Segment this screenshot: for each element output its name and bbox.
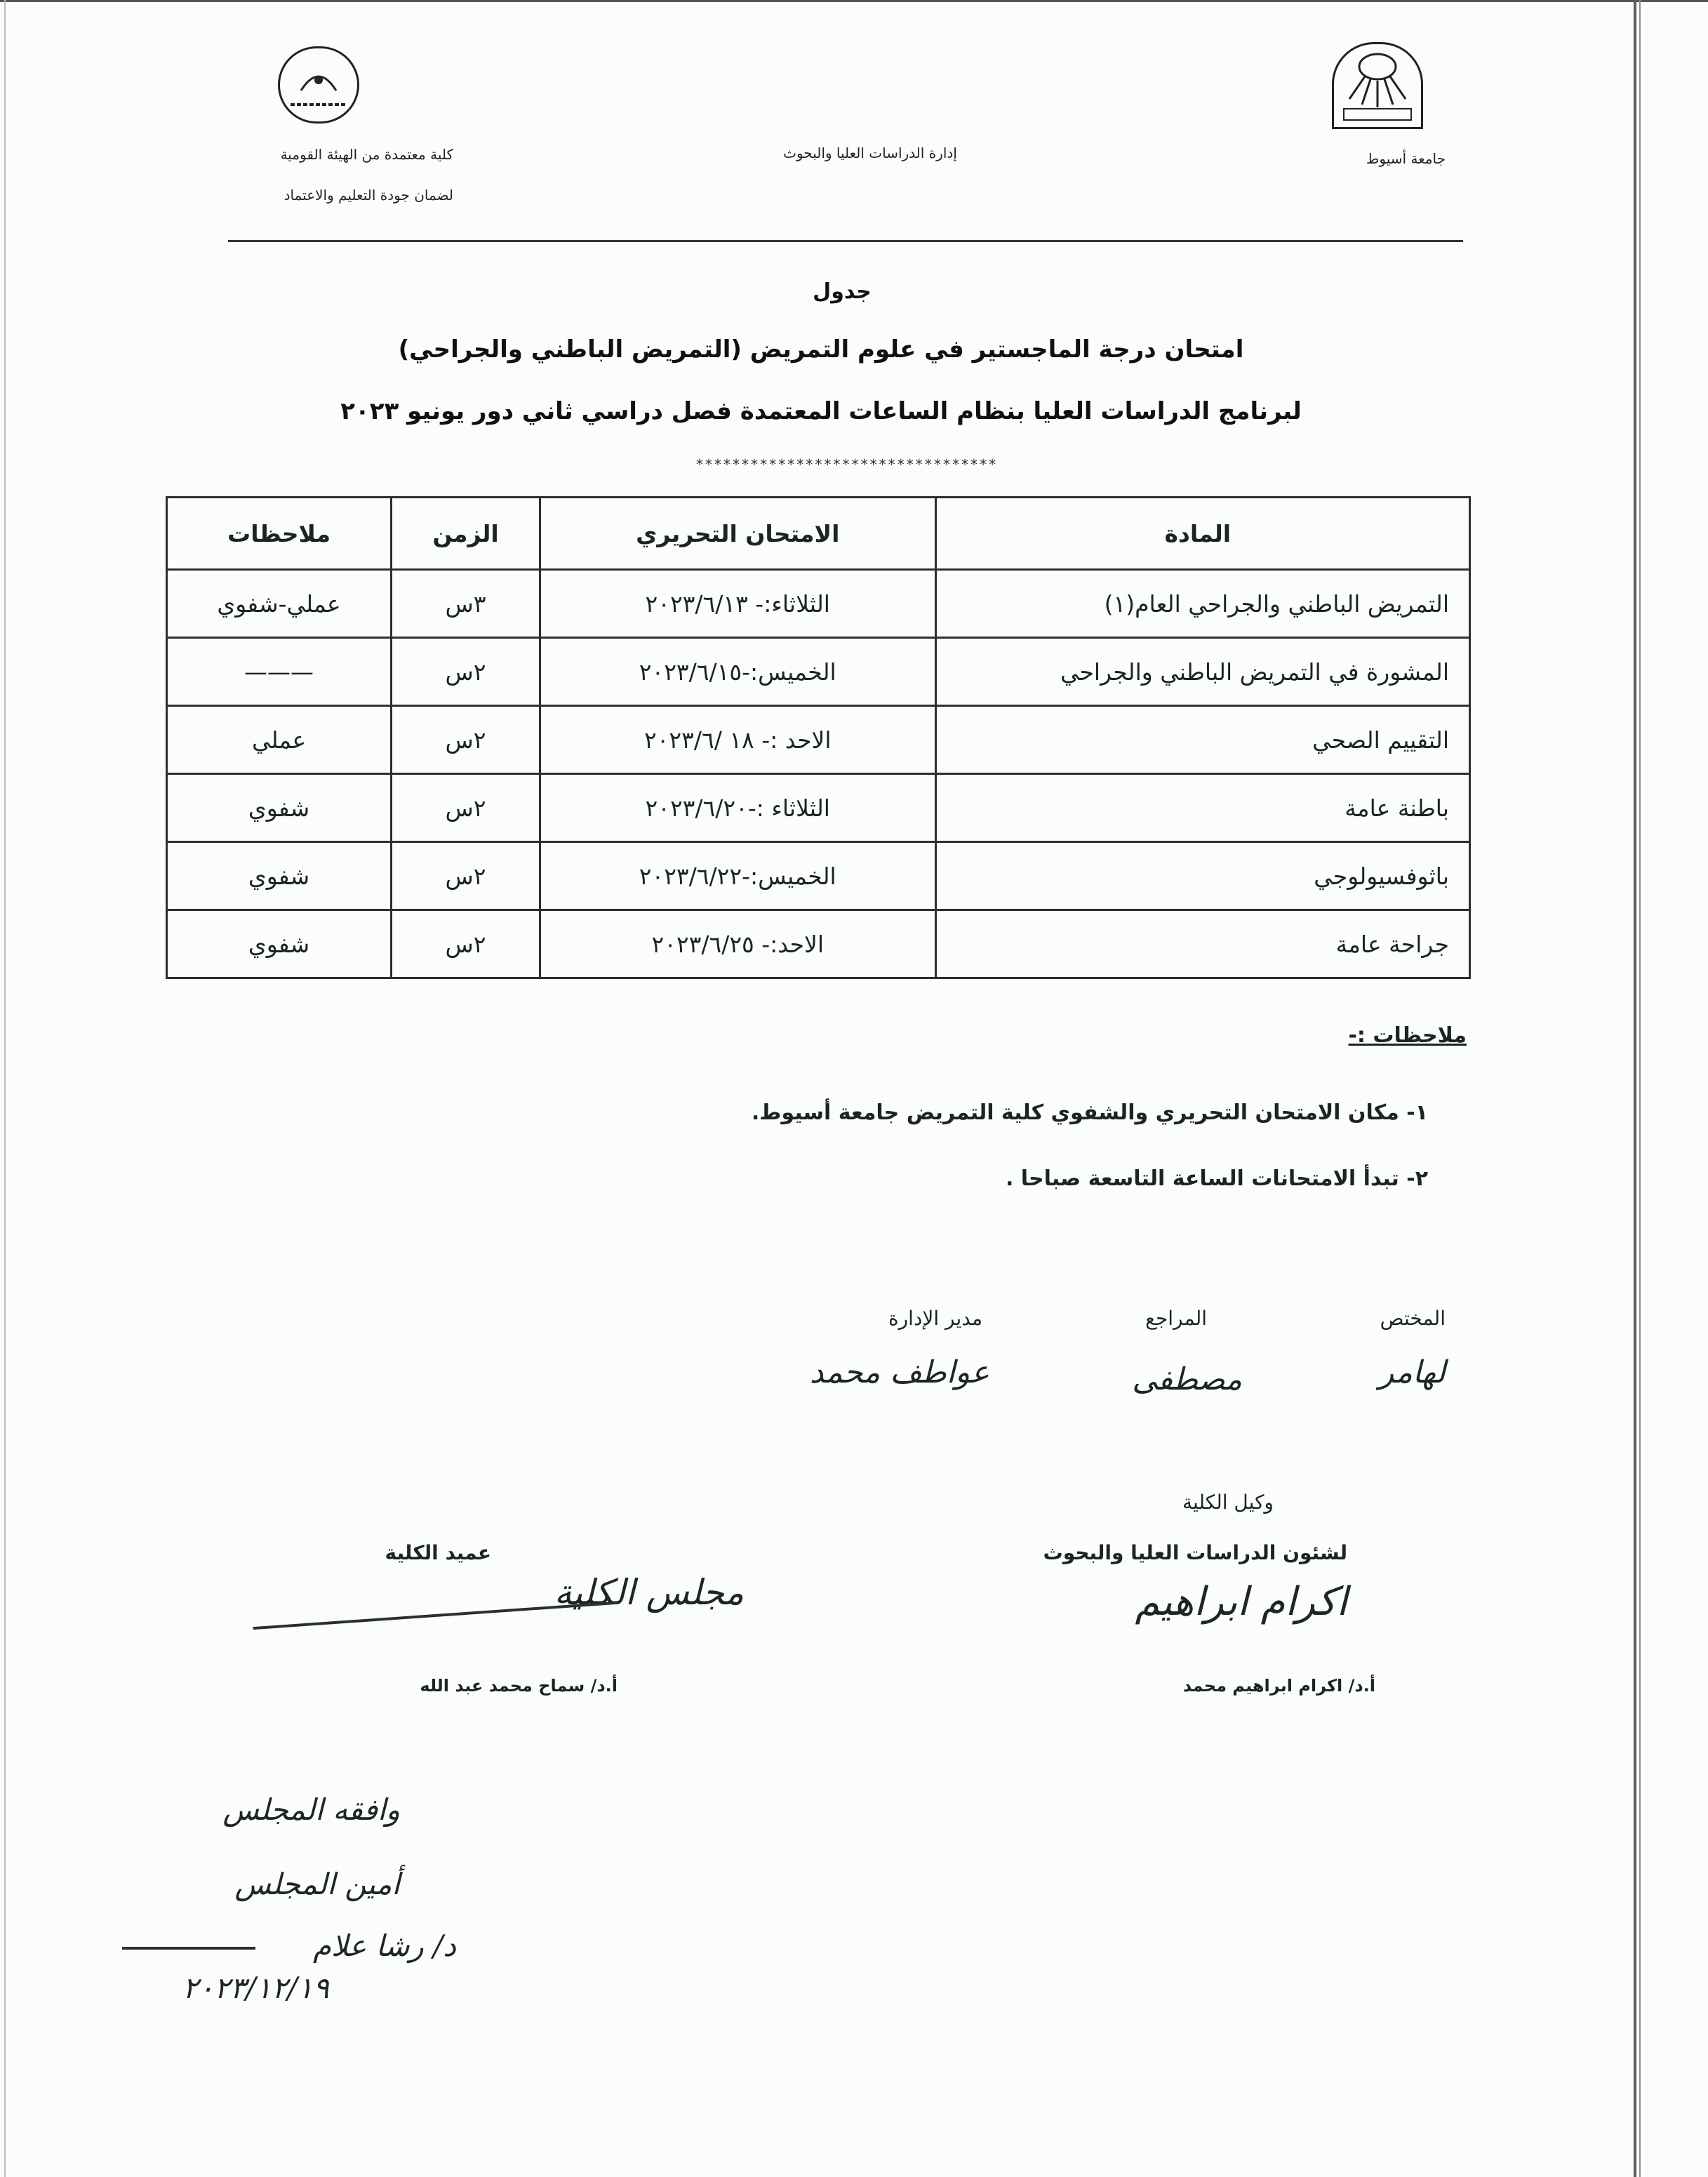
faculty-emblem-icon	[280, 48, 357, 121]
subject-cell: باطنة عامة	[935, 774, 1469, 842]
handwritten-approval-line-3: د/ رشا علام	[232, 1929, 456, 1963]
document-title-line-1: امتحان درجة الماجستير في علوم التمريض (ا…	[211, 335, 1432, 364]
handwritten-date: ٢٠٢٣/١٢/١٩	[182, 1971, 393, 2005]
vice-dean-label: وكيل الكلية	[1123, 1491, 1333, 1514]
exam-schedule-table: المادة الامتحان التحريري الزمن ملاحظات ا…	[166, 496, 1471, 979]
table-row: المشورة في التمريض الباطني والجراحي الخم…	[167, 638, 1470, 706]
exam-date-cell: الثلاثاء :-٢٠٢٣/٦/٢٠	[540, 774, 935, 842]
exam-date-cell: الخميس:-٢٠٢٣/٦/٢٢	[540, 842, 935, 910]
notes-cell: ———	[167, 638, 392, 706]
time-cell: ٢س	[392, 774, 540, 842]
table-row: باثوفسيولوجي الخميس:-٢٠٢٣/٦/٢٢ ٢س شفوي	[167, 842, 1470, 910]
admin-manager-signature: عواطف محمد	[821, 1354, 989, 1390]
subject-cell: باثوفسيولوجي	[935, 842, 1469, 910]
notes-title: ملاحظات :-	[1179, 1023, 1467, 1048]
specialist-label: المختص	[1305, 1307, 1446, 1330]
exam-date-cell: الاحد:- ٢٠٢٣/٦/٢٥	[540, 910, 935, 978]
table-header-row: المادة الامتحان التحريري الزمن ملاحظات	[167, 498, 1470, 570]
notes-cell: شفوي	[167, 774, 392, 842]
header-subject: المادة	[935, 498, 1469, 570]
vice-dean-portfolio: لشئون الدراسات العليا والبحوث	[1046, 1541, 1347, 1564]
header-time: الزمن	[392, 498, 540, 570]
reviewer-label: المراجع	[1095, 1307, 1207, 1330]
time-cell: ٣س	[392, 570, 540, 638]
table-row: التقييم الصحي الاحد :- ١٨ /٢٠٢٣/٦ ٢س عمل…	[167, 706, 1470, 774]
specialist-signature: لهامر	[1319, 1354, 1446, 1390]
vice-dean-signature: اكرام ابراهيم	[1109, 1579, 1347, 1625]
accreditation-line-1: كلية معتمدة من الهيئة القومية	[229, 146, 453, 163]
notes-cell: عملي	[167, 706, 392, 774]
faculty-logo	[278, 46, 359, 124]
scan-edge-left	[4, 0, 6, 2177]
reviewer-signature: مصطفى	[1088, 1362, 1242, 1397]
exam-date-cell: الاحد :- ١٨ /٢٠٢٣/٦	[540, 706, 935, 774]
dean-signature: مجلس الكلية	[253, 1572, 744, 1613]
notes-cell: شفوي	[167, 842, 392, 910]
scan-edge-right-inner	[1639, 0, 1641, 2177]
university-name: جامعة أسيوط	[1333, 150, 1446, 167]
admin-manager-label: مدير الإدارة	[828, 1307, 982, 1330]
vice-dean-name: أ.د/ اكرام ابراهيم محمد	[1151, 1676, 1375, 1696]
subject-cell: التمريض الباطني والجراحي العام(١)	[935, 570, 1469, 638]
notes-cell: شفوي	[167, 910, 392, 978]
header-divider	[228, 240, 1463, 242]
exam-date-cell: الثلاثاء:- ٢٠٢٣/٦/١٣	[540, 570, 935, 638]
note-item-2: ٢- تبدأ الامتحانات الساعة التاسعة صباحا …	[632, 1166, 1428, 1191]
subject-cell: التقييم الصحي	[935, 706, 1469, 774]
time-cell: ٢س	[392, 910, 540, 978]
note-item-1: ١- مكان الامتحان التحريري والشفوي كلية ا…	[491, 1100, 1428, 1125]
document-title-line-2: لبرنامج الدراسات العليا بنظام الساعات ال…	[182, 397, 1460, 425]
exam-date-cell: الخميس:-٢٠٢٣/٦/١٥	[540, 638, 935, 706]
table-row: جراحة عامة الاحد:- ٢٠٢٣/٦/٢٥ ٢س شفوي	[167, 910, 1470, 978]
subject-cell: المشورة في التمريض الباطني والجراحي	[935, 638, 1469, 706]
handwritten-approval-line-1: وافقه المجلس	[175, 1792, 400, 1827]
title-separator: *********************************	[629, 456, 1064, 473]
document-heading: جدول	[702, 279, 982, 304]
dean-name: أ.د/ سماح محمد عبد الله	[309, 1676, 618, 1696]
table-row: التمريض الباطني والجراحي العام(١) الثلاث…	[167, 570, 1470, 638]
notes-cell: عملي-شفوي	[167, 570, 392, 638]
accreditation-line-2: لضمان جودة التعليم والاعتماد	[229, 187, 453, 204]
handwritten-approval-line-2: أمين المجلس	[175, 1867, 400, 1901]
time-cell: ٢س	[392, 706, 540, 774]
table-row: باطنة عامة الثلاثاء :-٢٠٢٣/٦/٢٠ ٢س شفوي	[167, 774, 1470, 842]
header-notes: ملاحظات	[167, 498, 392, 570]
header-written-exam: الامتحان التحريري	[540, 498, 935, 570]
subject-cell: جراحة عامة	[935, 910, 1469, 978]
sun-emblem-icon	[1334, 44, 1421, 127]
dean-label: عميد الكلية	[351, 1541, 491, 1564]
scan-edge-top	[0, 0, 1708, 2]
time-cell: ٢س	[392, 638, 540, 706]
university-logo	[1332, 42, 1423, 129]
scan-edge-right	[1634, 0, 1636, 2177]
time-cell: ٢س	[392, 842, 540, 910]
department-name: إدارة الدراسات العليا والبحوث	[758, 145, 982, 161]
handwritten-underline	[122, 1947, 255, 1950]
